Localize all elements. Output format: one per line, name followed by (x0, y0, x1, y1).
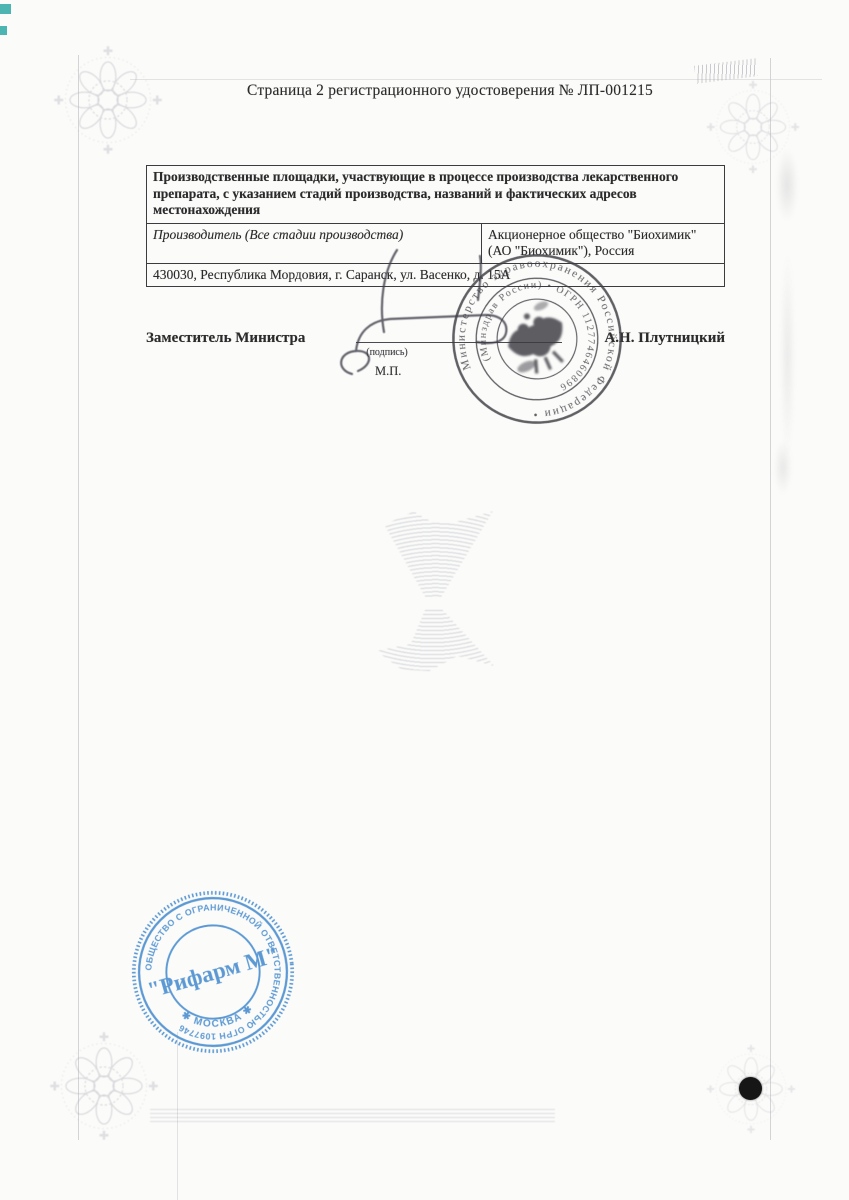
scan-streak-horizontal (150, 1109, 555, 1122)
center-guilloche-watermark (358, 503, 513, 671)
guilloche-rosette-top-left (52, 44, 164, 156)
page-title: Страница 2 регистрационного удостоверени… (150, 82, 750, 100)
scan-artifact-teal-2 (0, 26, 7, 35)
scan-smudge-2 (780, 250, 795, 460)
scan-border-left (78, 55, 79, 1140)
signatory-role: Заместитель Министра (146, 330, 305, 347)
scanned-certificate-page: Страница 2 регистрационного удостоверени… (0, 0, 849, 1200)
scan-smudge-3 (774, 440, 792, 495)
production-sites-table: Производственные площадки, участвующие в… (146, 165, 725, 287)
signature-caption: (подпись) (352, 347, 422, 358)
table-row-producer: Производитель (Все стадии производства) … (147, 224, 724, 264)
black-dot-mark (739, 1077, 762, 1100)
table-header-cell: Производственные площадки, участвующие в… (147, 166, 724, 224)
seal-place-abbr: М.П. (375, 364, 401, 379)
scan-border-right (770, 58, 771, 1140)
company-stamp-center-text: "Рифарм М" (145, 942, 282, 1003)
scan-artifact-teal-1 (0, 4, 11, 14)
company-stamp: ОБЩЕСТВО С ОГРАНИЧЕННОЙ ОТВЕТСТВЕННОСТЬЮ… (116, 875, 309, 1068)
producer-label-cell: Производитель (Все стадии производства) (147, 224, 482, 263)
